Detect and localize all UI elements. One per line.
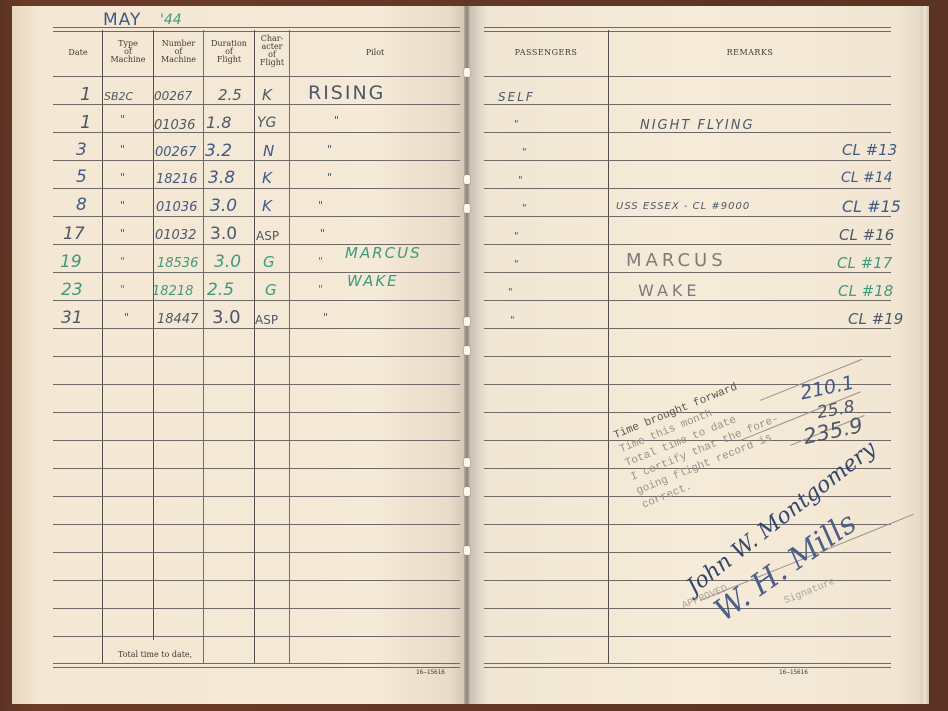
entry-cl-number: CL #16	[839, 226, 894, 244]
entry-remark: MARCUS	[626, 250, 727, 271]
entry-duration: 3.2	[205, 141, 232, 161]
row-rule	[484, 244, 891, 245]
entry-character: ASP	[256, 229, 279, 243]
row-rule	[484, 300, 891, 301]
page-edge	[921, 6, 929, 704]
entry-passengers: "	[518, 175, 523, 186]
entry-number: 01036	[154, 118, 195, 133]
entry-cl-number: CL #17	[837, 254, 892, 272]
entry-cl-number: CL #19	[848, 310, 903, 328]
row-rule	[53, 608, 460, 609]
entry-pilot: "	[320, 227, 325, 240]
entry-cl-number: CL #13	[842, 141, 897, 159]
entry-character: K	[262, 169, 272, 187]
binding-hole	[464, 546, 470, 555]
column-divider	[102, 30, 103, 664]
entry-type: "	[124, 311, 129, 324]
entry-duration: 1.8	[206, 113, 231, 132]
entry-character: G	[265, 281, 277, 299]
book-spine	[464, 6, 470, 704]
entry-passengers: "	[508, 287, 513, 298]
entry-type: "	[120, 171, 125, 184]
entry-pilot: "	[323, 311, 328, 324]
header-bottom-rule	[484, 76, 891, 77]
entry-passengers: "	[514, 259, 519, 270]
entry-pilot: "	[334, 114, 339, 127]
entry-number: 00267	[154, 89, 192, 103]
row-rule	[53, 356, 460, 357]
entry-number: 18218	[152, 284, 193, 299]
binding-hole	[464, 458, 470, 467]
entry-passengers: "	[514, 119, 519, 130]
entry-duration: 3.0	[210, 224, 237, 244]
row-rule	[53, 636, 460, 637]
entry-duration: 2.5	[207, 280, 234, 300]
entry-date: 31	[61, 308, 83, 328]
header-bottom-rule	[53, 76, 460, 77]
row-rule	[484, 188, 891, 189]
entry-character: K	[262, 86, 272, 104]
row-rule	[53, 468, 460, 469]
footer-rule	[53, 663, 460, 668]
row-rule	[53, 300, 460, 301]
entry-number: 01036	[156, 200, 197, 215]
row-rule	[484, 272, 891, 273]
column-header-passengers: PASSENGERS	[485, 49, 607, 57]
entry-pilot: "	[327, 143, 332, 156]
left-page	[12, 6, 467, 704]
entry-character: G	[263, 253, 275, 271]
row-rule	[484, 636, 891, 637]
row-rule	[53, 524, 460, 525]
column-divider	[203, 30, 204, 664]
row-rule	[53, 160, 460, 161]
total-time-label: Total time to date,	[118, 650, 192, 659]
entry-cl-number: CL #14	[841, 170, 893, 186]
column-header-character: Char- acter of Flight	[255, 35, 289, 67]
entry-pilot: "	[318, 199, 323, 212]
column-header-remarks: REMARKS	[609, 49, 891, 57]
entry-duration: 3.0	[214, 252, 241, 272]
row-rule	[53, 580, 460, 581]
form-number: 16—15616	[416, 669, 445, 676]
binding-hole	[464, 317, 470, 326]
row-rule	[53, 132, 460, 133]
row-rule	[484, 328, 891, 329]
entry-type: "	[120, 199, 125, 212]
row-rule	[53, 496, 460, 497]
entry-type: SB2C	[104, 90, 133, 103]
entry-remark: WAKE	[638, 281, 701, 300]
entry-pilot: "	[318, 283, 323, 296]
column-divider	[608, 30, 609, 664]
entry-pilot: "	[327, 171, 332, 184]
entry-remark: NIGHT FLYING	[640, 118, 755, 133]
row-rule	[53, 412, 460, 413]
entry-number: 00267	[155, 145, 196, 160]
entry-date: 17	[63, 224, 85, 244]
entry-passengers: "	[514, 231, 519, 242]
entry-duration: 2.5	[218, 86, 242, 104]
entry-pilot-note: WAKE	[347, 272, 399, 290]
entry-passengers: "	[510, 315, 515, 326]
entry-character: K	[262, 197, 272, 215]
entry-type: "	[120, 255, 125, 268]
entry-character: ASP	[255, 313, 278, 327]
entry-character: YG	[257, 115, 276, 131]
entry-number: 01032	[155, 228, 196, 243]
entry-duration: 3.0	[212, 307, 241, 328]
year-heading: '44	[160, 12, 182, 28]
entry-pilot: "	[318, 255, 323, 268]
entry-date: 8	[76, 195, 87, 215]
entry-pilot-note: MARCUS	[345, 244, 422, 262]
column-header-date: Date	[54, 49, 102, 57]
entry-cl-number: CL #15	[842, 197, 901, 216]
row-rule	[53, 104, 460, 105]
row-rule	[53, 272, 460, 273]
entry-passengers: "	[522, 203, 527, 214]
header-top-rule	[484, 27, 891, 32]
entry-passengers: "	[522, 147, 527, 158]
entry-date: 1	[80, 112, 91, 133]
column-header-duration: Duration of Flight	[204, 40, 254, 64]
row-rule	[484, 356, 891, 357]
row-rule	[53, 328, 460, 329]
column-divider	[289, 30, 290, 664]
row-rule	[53, 216, 460, 217]
row-rule	[484, 104, 891, 105]
column-divider	[254, 30, 255, 664]
entry-cl-number: CL #18	[838, 282, 893, 300]
column-header-type: Type of Machine	[103, 40, 153, 64]
header-top-rule	[53, 27, 460, 32]
entry-type: "	[120, 227, 125, 240]
column-header-pilot: Pilot	[290, 49, 460, 57]
form-number: 16—15616	[779, 669, 808, 676]
row-rule	[53, 552, 460, 553]
row-rule	[53, 440, 460, 441]
entry-number: 18447	[157, 312, 198, 327]
binding-hole	[464, 175, 470, 184]
entry-type: "	[120, 143, 125, 156]
entry-pilot: RISING	[308, 82, 385, 104]
binding-hole	[464, 204, 470, 213]
row-rule	[484, 160, 891, 161]
column-header-number: Number of Machine	[154, 40, 203, 64]
entry-duration: 3.0	[210, 196, 237, 216]
footer-rule	[484, 663, 891, 668]
entry-type: "	[120, 113, 125, 126]
entry-date: 3	[76, 140, 87, 160]
binding-hole	[464, 346, 470, 355]
entry-character: N	[263, 142, 274, 160]
entry-type: "	[120, 283, 125, 296]
row-rule	[53, 384, 460, 385]
entry-date: 5	[76, 167, 87, 187]
entry-number: 18216	[156, 172, 197, 187]
entry-number: 18536	[157, 256, 198, 271]
entry-date: 1	[80, 84, 91, 105]
entry-duration: 3.8	[208, 168, 235, 188]
entry-date: 23	[61, 280, 83, 300]
entry-passengers: SELF	[498, 90, 535, 104]
binding-hole	[464, 68, 470, 77]
entry-date: 19	[60, 252, 82, 272]
row-rule	[53, 188, 460, 189]
row-rule	[484, 216, 891, 217]
entry-remark: USS ESSEX - CL #9000	[616, 201, 750, 212]
binding-hole	[464, 487, 470, 496]
